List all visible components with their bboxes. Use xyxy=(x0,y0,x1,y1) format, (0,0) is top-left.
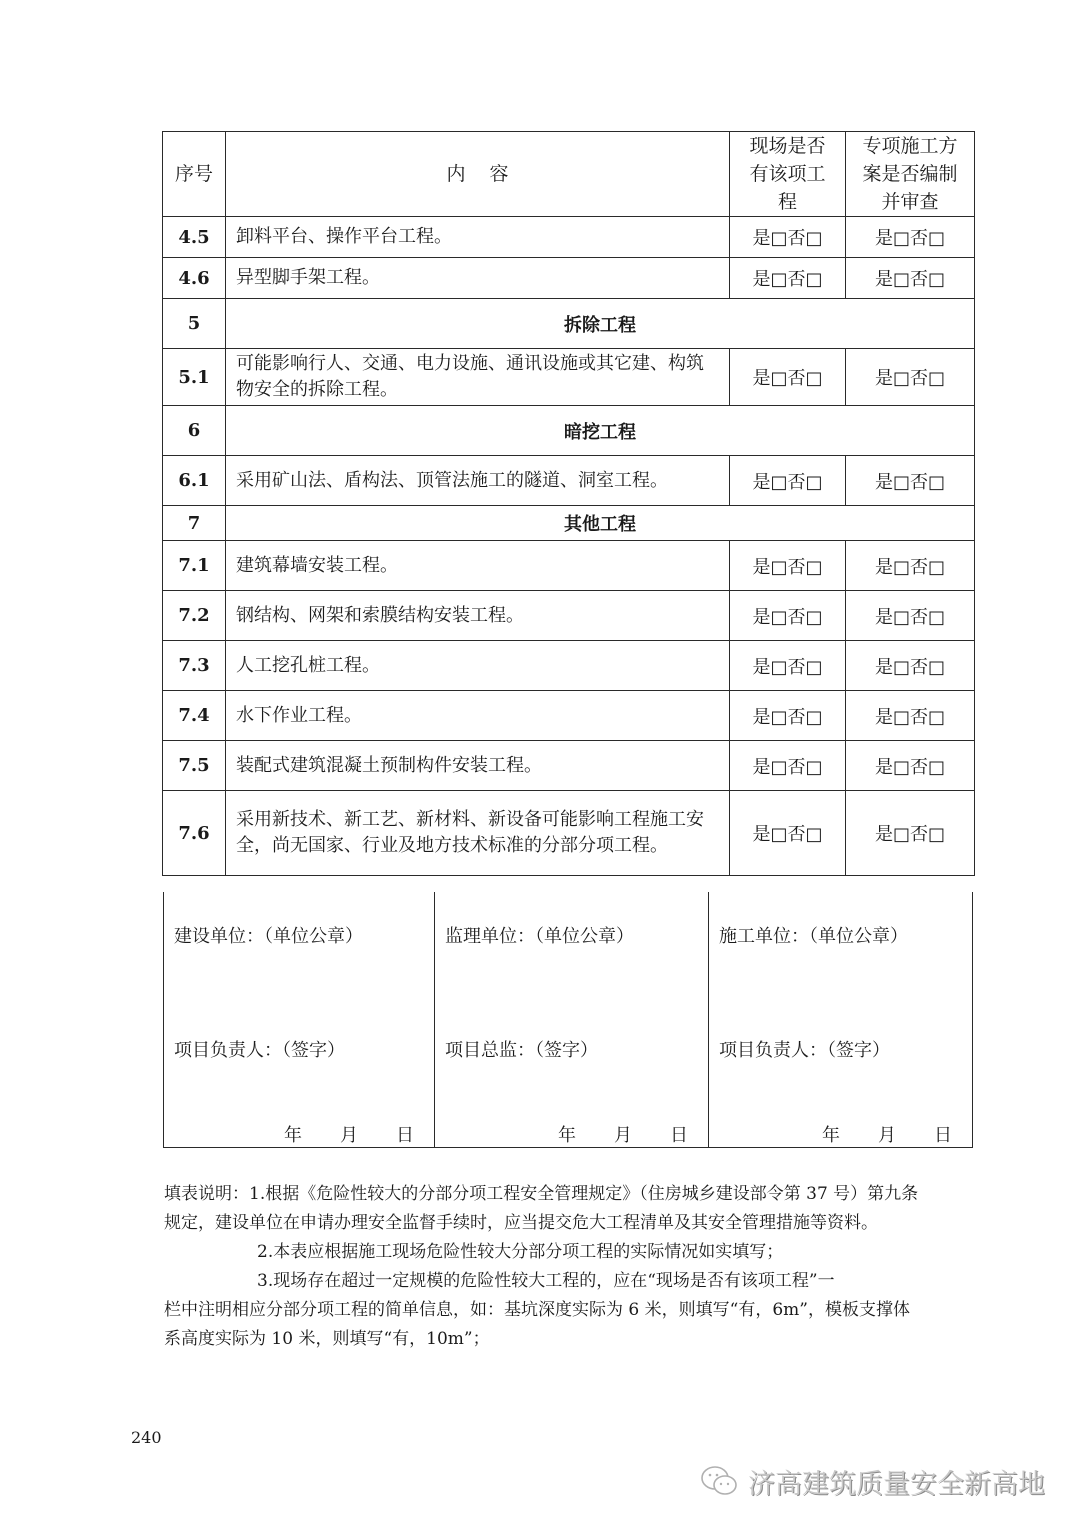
row-number: 7.1 xyxy=(163,541,226,591)
row-number: 7.6 xyxy=(163,791,226,876)
header-content: 内容 xyxy=(226,132,730,217)
table-row: 4.6 异型脚手架工程。 是□否□ 是□否□ xyxy=(163,258,975,299)
plan-checkbox[interactable]: 是□否□ xyxy=(846,591,975,641)
exists-checkbox[interactable]: 是□否□ xyxy=(730,217,846,258)
document-page: 序号 内容 现场是否有该项工程 专项施工方案是否编制并审查 4.5 卸料平台、操… xyxy=(0,0,1080,1527)
section-row: 5 拆除工程 xyxy=(163,299,975,349)
table-row: 7.1 建筑幕墙安装工程。 是□否□ 是□否□ xyxy=(163,541,975,591)
hazard-project-table: 序号 内容 现场是否有该项工程 专项施工方案是否编制并审查 4.5 卸料平台、操… xyxy=(162,131,975,876)
row-number: 7.2 xyxy=(163,591,226,641)
table-row: 6.1 采用矿山法、盾构法、顶管法施工的隧道、洞室工程。 是□否□ 是□否□ xyxy=(163,456,975,506)
row-number: 7.3 xyxy=(163,641,226,691)
day-label: 日 xyxy=(396,1121,414,1147)
header-plan: 专项施工方案是否编制并审查 xyxy=(846,132,975,217)
exists-checkbox[interactable]: 是□否□ xyxy=(730,741,846,791)
wechat-icon xyxy=(700,1465,740,1499)
person-sign-label: 项目负责人：（签字） xyxy=(174,1036,345,1062)
row-number: 5.1 xyxy=(163,349,226,406)
unit-seal-label: 监理单位：（单位公章） xyxy=(445,922,634,948)
row-content: 采用新技术、新工艺、新材料、新设备可能影响工程施工安全，尚无国家、行业及地方技术… xyxy=(226,791,730,876)
note-3-first-line: 3.现场存在超过一定规模的危险性较大工程的，应在“现场是否有该项工程”一 xyxy=(164,1267,920,1296)
plan-checkbox[interactable]: 是□否□ xyxy=(846,791,975,876)
signature-construction-unit[interactable]: 建设单位：（单位公章） 项目负责人：（签字） 年 月 日 xyxy=(164,892,434,1147)
day-label: 日 xyxy=(934,1121,952,1147)
unit-seal-label: 建设单位：（单位公章） xyxy=(174,922,363,948)
person-sign-label: 项目总监：（签字） xyxy=(445,1036,598,1062)
person-sign-label: 项目负责人：（签字） xyxy=(719,1036,890,1062)
plan-checkbox[interactable]: 是□否□ xyxy=(846,741,975,791)
row-content: 异型脚手架工程。 xyxy=(226,258,730,299)
plan-checkbox[interactable]: 是□否□ xyxy=(846,217,975,258)
header-exists-text: 现场是否有该项工程 xyxy=(746,132,830,216)
table-row: 7.2 钢结构、网架和索膜结构安装工程。 是□否□ 是□否□ xyxy=(163,591,975,641)
signature-contractor-unit[interactable]: 施工单位：（单位公章） 项目负责人：（签字） 年 月 日 xyxy=(708,892,972,1147)
table-row: 4.5 卸料平台、操作平台工程。 是□否□ 是□否□ xyxy=(163,217,975,258)
row-number: 6.1 xyxy=(163,456,226,506)
section-row: 7 其他工程 xyxy=(163,506,975,541)
header-exists: 现场是否有该项工程 xyxy=(730,132,846,217)
note-1: 填表说明：1.根据《危险性较大的分部分项工程安全管理规定》（住房城乡建设部令第 … xyxy=(164,1180,920,1238)
plan-checkbox[interactable]: 是□否□ xyxy=(846,541,975,591)
exists-checkbox[interactable]: 是□否□ xyxy=(730,791,846,876)
row-content: 卸料平台、操作平台工程。 xyxy=(226,217,730,258)
section-title: 拆除工程 xyxy=(226,299,975,349)
header-plan-text: 专项施工方案是否编制并审查 xyxy=(860,132,960,216)
row-content: 建筑幕墙安装工程。 xyxy=(226,541,730,591)
section-number: 6 xyxy=(163,406,226,456)
table-row: 7.3 人工挖孔桩工程。 是□否□ 是□否□ xyxy=(163,641,975,691)
year-label: 年 xyxy=(284,1121,302,1147)
row-content: 可能影响行人、交通、电力设施、通讯设施或其它建、构筑物安全的拆除工程。 xyxy=(226,349,730,406)
watermark: 济高建筑质量安全新高地 xyxy=(700,1462,1045,1501)
section-number: 7 xyxy=(163,506,226,541)
header-seq: 序号 xyxy=(163,132,226,217)
plan-checkbox[interactable]: 是□否□ xyxy=(846,641,975,691)
sign-date: 年 月 日 xyxy=(822,1121,952,1147)
exists-checkbox[interactable]: 是□否□ xyxy=(730,456,846,506)
row-content: 钢结构、网架和索膜结构安装工程。 xyxy=(226,591,730,641)
section-row: 6 暗挖工程 xyxy=(163,406,975,456)
month-label: 月 xyxy=(878,1121,896,1147)
year-label: 年 xyxy=(558,1121,576,1147)
section-title: 其他工程 xyxy=(226,506,975,541)
day-label: 日 xyxy=(670,1121,688,1147)
unit-seal-label: 施工单位：（单位公章） xyxy=(719,922,908,948)
row-content: 水下作业工程。 xyxy=(226,691,730,741)
row-number: 4.5 xyxy=(163,217,226,258)
exists-checkbox[interactable]: 是□否□ xyxy=(730,641,846,691)
table-row: 7.5 装配式建筑混凝土预制构件安装工程。 是□否□ 是□否□ xyxy=(163,741,975,791)
row-number: 7.5 xyxy=(163,741,226,791)
plan-checkbox[interactable]: 是□否□ xyxy=(846,258,975,299)
watermark-text: 济高建筑质量安全新高地 xyxy=(748,1462,1045,1501)
month-label: 月 xyxy=(340,1121,358,1147)
page-number: 240 xyxy=(131,1428,162,1447)
note-2: 2.本表应根据施工现场危险性较大分部分项工程的实际情况如实填写； xyxy=(164,1238,920,1267)
table-row: 5.1 可能影响行人、交通、电力设施、通讯设施或其它建、构筑物安全的拆除工程。 … xyxy=(163,349,975,406)
month-label: 月 xyxy=(614,1121,632,1147)
row-number: 7.4 xyxy=(163,691,226,741)
signature-block: 建设单位：（单位公章） 项目负责人：（签字） 年 月 日 监理单位：（单位公章）… xyxy=(163,892,973,1148)
exists-checkbox[interactable]: 是□否□ xyxy=(730,258,846,299)
table-header-row: 序号 内容 现场是否有该项工程 专项施工方案是否编制并审查 xyxy=(163,132,975,217)
row-content: 采用矿山法、盾构法、顶管法施工的隧道、洞室工程。 xyxy=(226,456,730,506)
sign-date: 年 月 日 xyxy=(284,1121,414,1147)
exists-checkbox[interactable]: 是□否□ xyxy=(730,541,846,591)
plan-checkbox[interactable]: 是□否□ xyxy=(846,349,975,406)
section-title: 暗挖工程 xyxy=(226,406,975,456)
sign-date: 年 月 日 xyxy=(558,1121,688,1147)
exists-checkbox[interactable]: 是□否□ xyxy=(730,591,846,641)
section-number: 5 xyxy=(163,299,226,349)
signature-supervision-unit[interactable]: 监理单位：（单位公章） 项目总监：（签字） 年 月 日 xyxy=(434,892,708,1147)
row-content: 装配式建筑混凝土预制构件安装工程。 xyxy=(226,741,730,791)
year-label: 年 xyxy=(822,1121,840,1147)
exists-checkbox[interactable]: 是□否□ xyxy=(730,691,846,741)
row-number: 4.6 xyxy=(163,258,226,299)
exists-checkbox[interactable]: 是□否□ xyxy=(730,349,846,406)
plan-checkbox[interactable]: 是□否□ xyxy=(846,456,975,506)
filling-instructions: 填表说明：1.根据《危险性较大的分部分项工程安全管理规定》（住房城乡建设部令第 … xyxy=(164,1180,920,1354)
table-row: 7.4 水下作业工程。 是□否□ 是□否□ xyxy=(163,691,975,741)
table-row: 7.6 采用新技术、新工艺、新材料、新设备可能影响工程施工安全，尚无国家、行业及… xyxy=(163,791,975,876)
note-3-rest: 栏中注明相应分部分项工程的简单信息，如：基坑深度实际为 6 米，则填写“有，6m… xyxy=(164,1296,920,1354)
row-content: 人工挖孔桩工程。 xyxy=(226,641,730,691)
plan-checkbox[interactable]: 是□否□ xyxy=(846,691,975,741)
